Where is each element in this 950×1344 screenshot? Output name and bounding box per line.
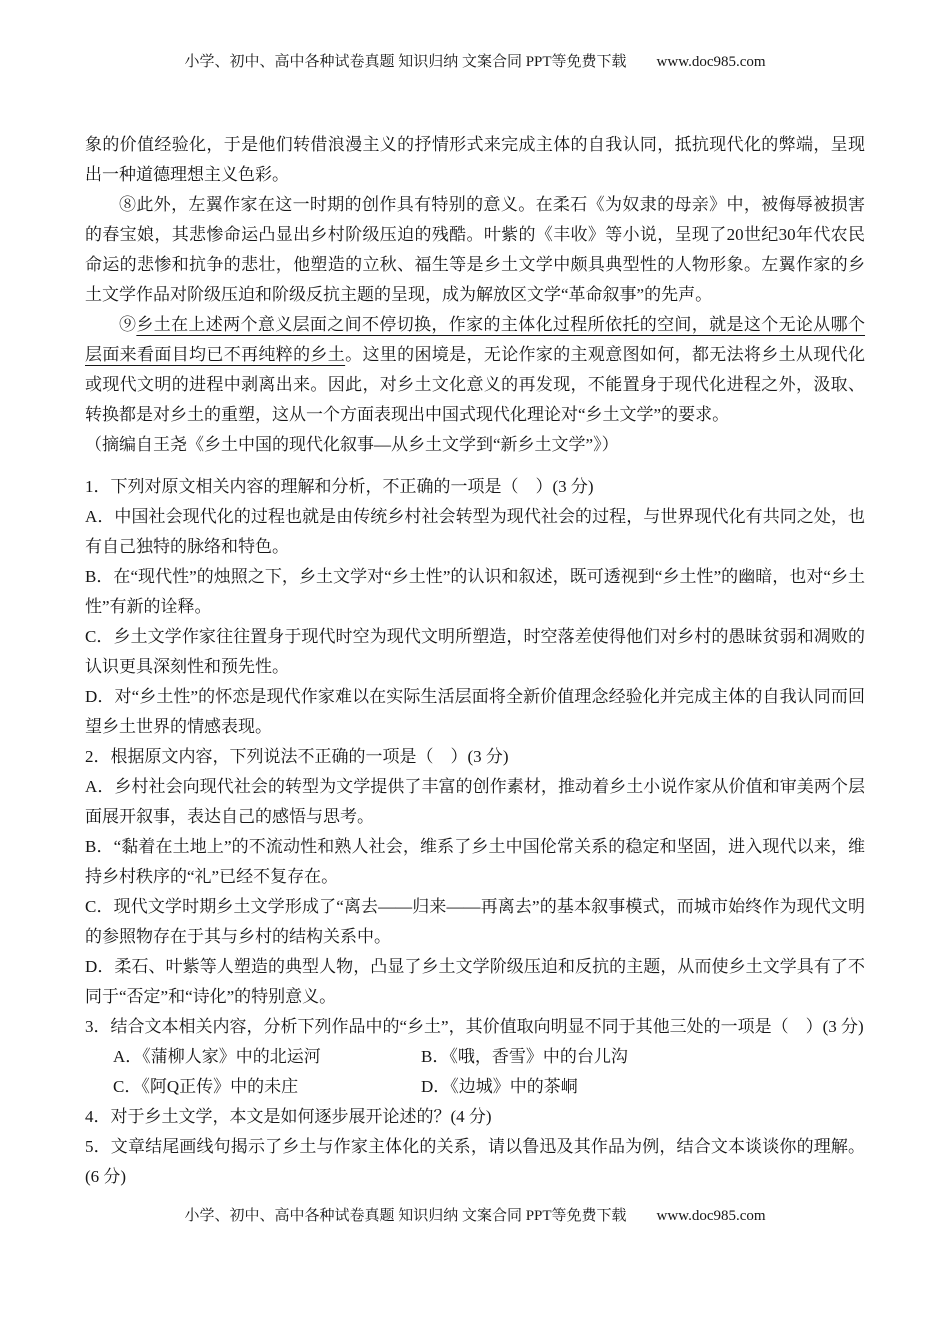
question-5-stem: 5．文章结尾画线句揭示了乡土与作家主体化的关系，请以鲁迅及其作品为例，结合文本谈… xyxy=(85,1132,865,1192)
question-3-stem: 3．结合文本相关内容，分析下列作品中的“乡土”，其价值取向明显不同于其他三处的一… xyxy=(85,1012,865,1042)
question-4-stem: 4．对于乡土文学，本文是如何逐步展开论述的？(4 分) xyxy=(85,1102,865,1132)
header-promo-text: 小学、初中、高中各种试卷真题 知识归纳 文案合同 PPT等免费下载 xyxy=(184,54,626,70)
question-2-option-d: D．柔石、叶紫等人塑造的典型人物，凸显了乡土文学阶级压迫和反抗的主题，从而使乡土… xyxy=(85,952,865,1012)
question-1-text: 下列对原文相关内容的理解和分析，不正确的一项是（ ）(3 分) xyxy=(111,477,594,496)
question-4-number: 4． xyxy=(85,1107,111,1126)
question-3-number: 3． xyxy=(85,1017,111,1036)
question-1-option-a: A．中国社会现代化的过程也就是由传统乡村社会转型为现代社会的过程，与世界现代化有… xyxy=(85,502,865,562)
question-3-options-grid: A．《蒲柳人家》中的北运河 B．《哦，香雪》中的台儿沟 C．《阿Q正传》中的未庄… xyxy=(113,1042,865,1102)
question-2-number: 2． xyxy=(85,747,111,766)
question-1: 1．下列对原文相关内容的理解和分析，不正确的一项是（ ）(3 分) A．中国社会… xyxy=(85,472,865,742)
footer-promo-text: 小学、初中、高中各种试卷真题 知识归纳 文案合同 PPT等免费下载 xyxy=(184,1208,626,1224)
source-attribution: （摘编自王尧《乡土中国的现代化叙事—从乡土文学到“新乡土文学”》） xyxy=(85,430,865,460)
header-url: www.doc985.com xyxy=(657,54,766,70)
question-3: 3．结合文本相关内容，分析下列作品中的“乡土”，其价值取向明显不同于其他三处的一… xyxy=(85,1012,865,1102)
page-header: 小学、初中、高中各种试卷真题 知识归纳 文案合同 PPT等免费下载www.doc… xyxy=(85,52,865,72)
question-5-number: 5． xyxy=(85,1137,111,1156)
document-body: 象的价值经验化，于是他们转借浪漫主义的抒情形式来完成主体的自我认同，抵抗现代化的… xyxy=(85,130,865,1192)
question-2-option-a: A．乡村社会向现代社会的转型为文学提供了丰富的创作素材，推动着乡土小说作家从价值… xyxy=(85,772,865,832)
questions-section: 1．下列对原文相关内容的理解和分析，不正确的一项是（ ）(3 分) A．中国社会… xyxy=(85,472,865,1192)
question-1-number: 1． xyxy=(85,477,111,496)
question-2-stem: 2．根据原文内容，下列说法不正确的一项是（ ）(3 分) xyxy=(85,742,865,772)
document-page: 小学、初中、高中各种试卷真题 知识归纳 文案合同 PPT等免费下载www.doc… xyxy=(0,0,950,1344)
question-4-text: 对于乡土文学，本文是如何逐步展开论述的？(4 分) xyxy=(111,1107,492,1126)
question-1-option-b: B．在“现代性”的烛照之下，乡土文学对“乡土性”的认识和叙述，既可透视到“乡土性… xyxy=(85,562,865,622)
question-5: 5．文章结尾画线句揭示了乡土与作家主体化的关系，请以鲁迅及其作品为例，结合文本谈… xyxy=(85,1132,865,1192)
question-1-option-c: C．乡土文学作家往往置身于现代时空为现代文明所塑造，时空落差使得他们对乡村的愚昧… xyxy=(85,622,865,682)
paragraph-9: ⑨乡土在上述两个意义层面之间不停切换，作家的主体化过程所依托的空间，就是这个无论… xyxy=(85,310,865,430)
question-2-text: 根据原文内容，下列说法不正确的一项是（ ）(3 分) xyxy=(111,747,509,766)
question-5-text: 文章结尾画线句揭示了乡土与作家主体化的关系，请以鲁迅及其作品为例，结合文本谈谈你… xyxy=(85,1137,865,1186)
paragraph-9-marker: ⑨ xyxy=(119,315,136,334)
question-3-option-a: A．《蒲柳人家》中的北运河 xyxy=(113,1042,421,1072)
page-footer: 小学、初中、高中各种试卷真题 知识归纳 文案合同 PPT等免费下载www.doc… xyxy=(85,1206,865,1226)
question-1-option-d: D．对“乡土性”的怀恋是现代作家难以在实际生活层面将全新价值理念经验化并完成主体… xyxy=(85,682,865,742)
question-3-text: 结合文本相关内容，分析下列作品中的“乡土”，其价值取向明显不同于其他三处的一项是… xyxy=(111,1017,864,1036)
question-4: 4．对于乡土文学，本文是如何逐步展开论述的？(4 分) xyxy=(85,1102,865,1132)
paragraph-8: ⑧此外，左翼作家在这一时期的创作具有特别的意义。在柔石《为奴隶的母亲》中，被侮辱… xyxy=(85,190,865,310)
question-3-option-b: B．《哦，香雪》中的台儿沟 xyxy=(421,1042,865,1072)
question-3-option-d: D．《边城》中的茶峒 xyxy=(421,1072,865,1102)
question-2-option-c: C．现代文学时期乡土文学形成了“离去——归来——再离去”的基本叙事模式，而城市始… xyxy=(85,892,865,952)
question-2-option-b: B．“黏着在土地上”的不流动性和熟人社会，维系了乡土中国伦常关系的稳定和坚固，进… xyxy=(85,832,865,892)
question-3-option-c: C．《阿Q正传》中的未庄 xyxy=(113,1072,421,1102)
footer-url: www.doc985.com xyxy=(657,1208,766,1224)
paragraph-continuation: 象的价值经验化，于是他们转借浪漫主义的抒情形式来完成主体的自我认同，抵抗现代化的… xyxy=(85,130,865,190)
question-2: 2．根据原文内容，下列说法不正确的一项是（ ）(3 分) A．乡村社会向现代社会… xyxy=(85,742,865,1012)
question-1-stem: 1．下列对原文相关内容的理解和分析，不正确的一项是（ ）(3 分) xyxy=(85,472,865,502)
